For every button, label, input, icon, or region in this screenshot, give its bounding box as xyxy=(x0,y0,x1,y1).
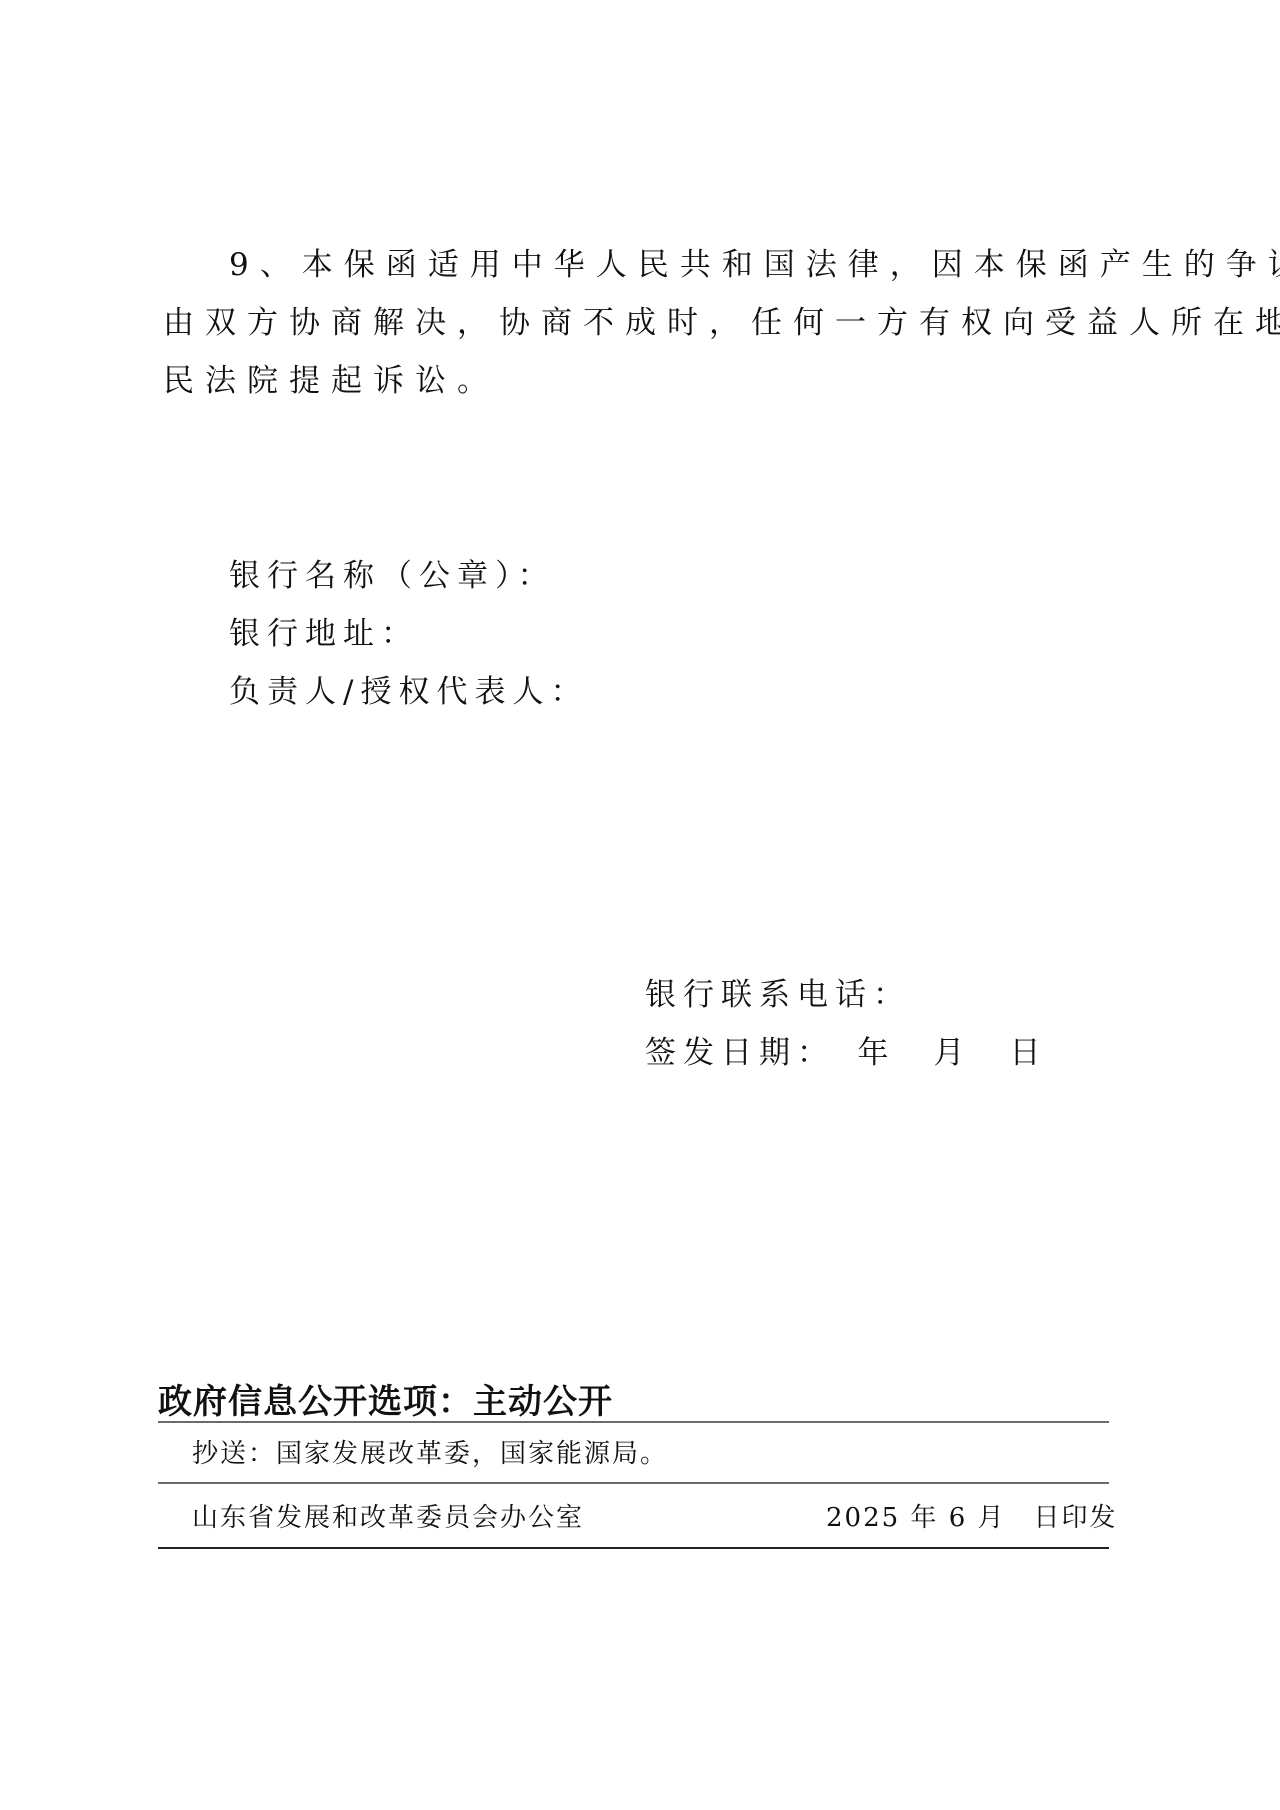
bank-address-label: 银行地址： xyxy=(229,605,588,663)
bank-phone-label: 银行联系电话： xyxy=(645,966,1048,1024)
issue-date-label: 签发日期： 年 月 日 xyxy=(645,1024,1048,1082)
bank-name-label: 银行名称（公章）： xyxy=(229,547,588,605)
clause-9-line-1: 9、本保函适用中华人民共和国法律，因本保函产生的争议， xyxy=(163,236,1123,294)
footer-rule-top xyxy=(158,1421,1109,1423)
bank-representative-label: 负责人/授权代表人： xyxy=(229,663,588,721)
clause-9-line-3: 民法院提起诉讼。 xyxy=(163,352,1123,410)
bank-contact-block: 银行联系电话： 签发日期： 年 月 日 xyxy=(645,966,1048,1082)
document-page: 9、本保函适用中华人民共和国法律，因本保函产生的争议， 由双方协商解决，协商不成… xyxy=(0,0,1280,1810)
bank-info-block: 银行名称（公章）： 银行地址： 负责人/授权代表人： xyxy=(229,547,588,721)
issuer-name: 山东省发展和改革委员会办公室 xyxy=(192,1500,584,1536)
footer-rule-bottom xyxy=(158,1547,1109,1549)
clause-9-line-2: 由双方协商解决，协商不成时，任何一方有权向受益人所在地人 xyxy=(163,294,1123,352)
disclosure-heading: 政府信息公开选项：主动公开 xyxy=(158,1380,613,1424)
cc-line: 抄送：国家发展改革委，国家能源局。 xyxy=(192,1436,668,1472)
clause-9-paragraph: 9、本保函适用中华人民共和国法律，因本保函产生的争议， 由双方协商解决，协商不成… xyxy=(163,236,1123,410)
footer-rule-middle xyxy=(158,1482,1109,1484)
print-date: 2025 年 6 月 日印发 xyxy=(826,1500,1118,1536)
